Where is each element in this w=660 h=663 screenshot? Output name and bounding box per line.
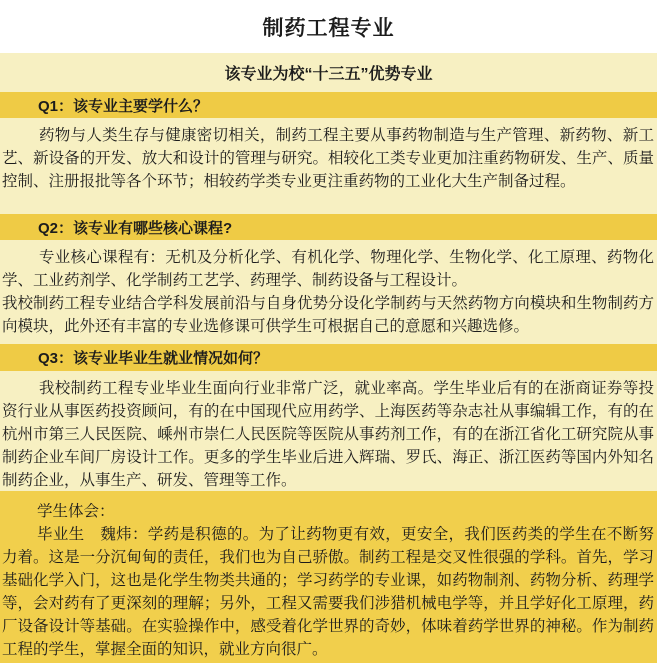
q1-header-bar: Q1：该专业主要学什么？ [0,92,657,118]
student-feedback-content: 毕业生 魏炜：学药是积德的。为了让药物更有效，更安全，我们医药类的学生在不断努力… [2,523,654,661]
q1-paragraph: 药物与人类生存与健康密切相关，制药工程主要从事药物制造与生产管理、新药物、新工艺… [2,124,654,193]
q3-header-bar: Q3：该专业毕业生就业情况如何？ [0,344,657,371]
q2-answer-body: 专业核心课程有：无机及分析化学、有机化学、物理化学、生物化学、化工原理、药物化学… [0,240,657,344]
section-q3: Q3：该专业毕业生就业情况如何？ 我校制药工程专业毕业生面向行业非常广泛，就业率… [0,344,657,491]
major-info-document: 制药工程专业 该专业为校“十三五”优势专业 Q1：该专业主要学什么？ 药物与人类… [0,0,657,663]
advantage-banner-text: 该专业为校“十三五”优势专业 [224,61,432,84]
document-header: 制药工程专业 [0,0,657,53]
q2-question-text: Q2：该专业有哪些核心课程? [38,217,232,238]
student-feedback-heading: 学生体会： [2,500,654,523]
q2-paragraph-modules: 我校制药工程专业结合学科发展前沿与自身优势分设化学制药与天然药物方向模块和生物制… [2,292,654,338]
advantage-banner: 该专业为校“十三五”优势专业 [0,53,657,92]
page-title: 制药工程专业 [263,12,395,42]
section-q2: Q2：该专业有哪些核心课程? 专业核心课程有：无机及分析化学、有机化学、物理化学… [0,214,657,344]
q3-answer-body: 我校制药工程专业毕业生面向行业非常广泛，就业率高。学生毕业后有的在浙商证券等投资… [0,371,657,491]
q1-question-text: Q1：该专业主要学什么？ [38,95,208,116]
section-q1: Q1：该专业主要学什么？ 药物与人类生存与健康密切相关，制药工程主要从事药物制造… [0,92,657,214]
q3-question-text: Q3：该专业毕业生就业情况如何？ [38,347,268,368]
q3-paragraph: 我校制药工程专业毕业生面向行业非常广泛，就业率高。学生毕业后有的在浙商证券等投资… [2,377,654,491]
q2-header-bar: Q2：该专业有哪些核心课程? [0,214,657,240]
q1-answer-body: 药物与人类生存与健康密切相关，制药工程主要从事药物制造与生产管理、新药物、新工艺… [0,118,657,214]
q2-paragraph-core-courses: 专业核心课程有：无机及分析化学、有机化学、物理化学、生物化学、化工原理、药物化学… [2,246,654,292]
student-feedback-section: 学生体会： 毕业生 魏炜：学药是积德的。为了让药物更有效，更安全，我们医药类的学… [0,491,657,663]
